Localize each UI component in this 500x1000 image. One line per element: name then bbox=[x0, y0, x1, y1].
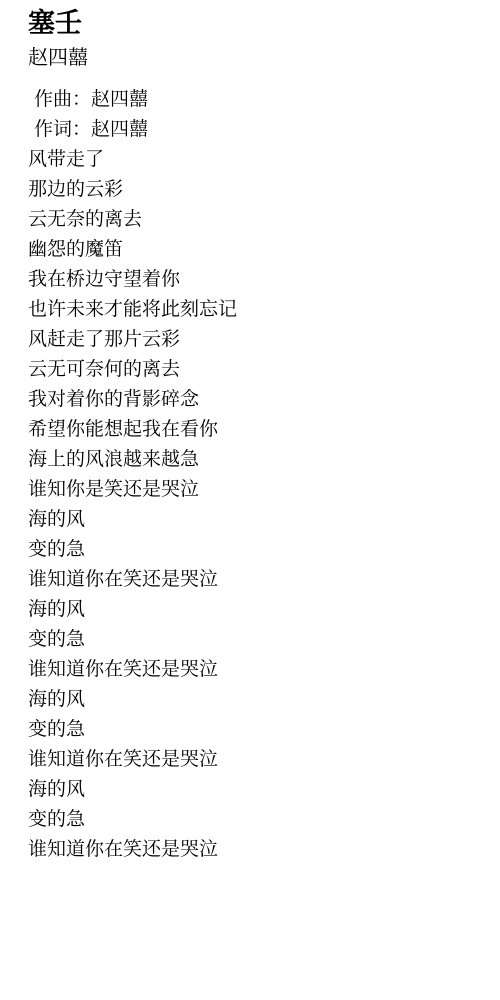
lyric-line: 云无奈的离去 bbox=[28, 204, 490, 234]
lyric-line: 海的风 bbox=[28, 594, 490, 624]
song-credits: 作曲：赵四囍 作词：赵四囍 bbox=[28, 84, 490, 144]
lyrics-page: 塞壬 赵四囍 作曲：赵四囍 作词：赵四囍 风带走了那边的云彩云无奈的离去幽怨的魔… bbox=[0, 0, 500, 1000]
lyric-line: 谁知道你在笑还是哭泣 bbox=[28, 744, 490, 774]
lyric-line: 我对着你的背影碎念 bbox=[28, 384, 490, 414]
lyric-line: 变的急 bbox=[28, 534, 490, 564]
lyric-line: 我在桥边守望着你 bbox=[28, 264, 490, 294]
lyric-line: 谁知道你在笑还是哭泣 bbox=[28, 564, 490, 594]
lyric-line: 海的风 bbox=[28, 774, 490, 804]
lyric-line: 海的风 bbox=[28, 684, 490, 714]
lyric-line: 云无可奈何的离去 bbox=[28, 354, 490, 384]
lyric-line: 也许未来才能将此刻忘记 bbox=[28, 294, 490, 324]
lyric-line: 谁知你是笑还是哭泣 bbox=[28, 474, 490, 504]
lyric-line: 变的急 bbox=[28, 804, 490, 834]
lyric-line: 海上的风浪越来越急 bbox=[28, 444, 490, 474]
lyric-line: 谁知道你在笑还是哭泣 bbox=[28, 834, 490, 864]
artist-name: 赵四囍 bbox=[28, 44, 490, 70]
lyrics-body: 风带走了那边的云彩云无奈的离去幽怨的魔笛我在桥边守望着你也许未来才能将此刻忘记风… bbox=[28, 144, 490, 864]
lyric-line: 风赶走了那片云彩 bbox=[28, 324, 490, 354]
lyric-line: 希望你能想起我在看你 bbox=[28, 414, 490, 444]
credit-line: 作词：赵四囍 bbox=[28, 114, 490, 144]
credit-line: 作曲：赵四囍 bbox=[28, 84, 490, 114]
lyric-line: 幽怨的魔笛 bbox=[28, 234, 490, 264]
lyric-line: 变的急 bbox=[28, 624, 490, 654]
lyric-line: 变的急 bbox=[28, 714, 490, 744]
song-title: 塞壬 bbox=[28, 6, 490, 42]
lyric-line: 谁知道你在笑还是哭泣 bbox=[28, 654, 490, 684]
lyric-line: 海的风 bbox=[28, 504, 490, 534]
lyric-line: 风带走了 bbox=[28, 144, 490, 174]
lyric-line: 那边的云彩 bbox=[28, 174, 490, 204]
